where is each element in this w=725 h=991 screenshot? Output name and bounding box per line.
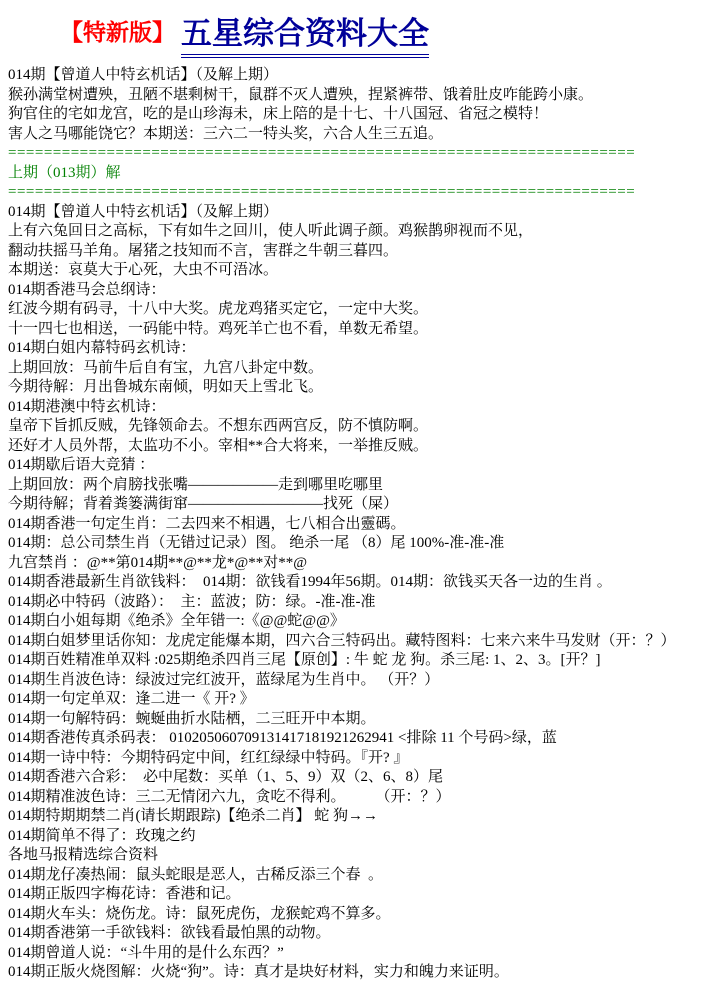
text-line: 还好才人员外帮，太监功不小。宰相**合大将来，一举推反贼。 [8,437,717,457]
text-line: 上期回放：两个肩膀找张嘴——————走到哪里吃哪里 [8,476,717,496]
text-line: 十一四七也相送，一码能中特。鸡死羊亡也不看，单数无希望。 [8,320,717,340]
text-line: 014期【曾道人中特玄机话】（及解上期） [8,203,717,223]
text-line: 九宫禁肖 ：@**第014期**@**龙*@**对**@ [8,554,717,574]
text-line: 014期一句定单双：逢二进一《 开? 》 [8,690,717,710]
separator-line: ========================================… [8,183,717,203]
text-line: 猴孙满堂树遭殃，丑陋不堪剩树干，鼠群不灭人遭殃，捏紧裤带、饿着肚皮咋能跨小康。 [8,86,717,106]
text-line: 014期曾道人说：“斗牛用的是什么东西？” [8,944,717,964]
section-heading: 上期（013期）解 [8,164,717,184]
text-line: 今期待解；背着粪篓满街窜—————————找死（屎） [8,495,717,515]
text-line: 014期必中特码（波路）： 主：蓝波；防：绿。-准-准-准 [8,593,717,613]
edition-badge: 【特新版】 [60,20,175,45]
text-line: 本期送：哀莫大于心死，大虫不可浯冰。 [8,261,717,281]
text-line: 014期香港马会总纲诗： [8,281,717,301]
text-line: 014期白姐内幕特码玄机诗： [8,339,717,359]
text-line: 014期香港最新生肖欲钱料： 014期：欲钱看1994年56期。014期：欲钱买… [8,573,717,593]
text-line: 014期百姓精准单双料 :025期绝杀四肖三尾【原创】: 牛 蛇 龙 狗。杀三尾… [8,651,717,671]
text-line: 014期香港传真杀码表： 010205060709131417181921262… [8,729,717,749]
text-line: 014期歇后语大竞猜 ： [8,456,717,476]
text-line: 各地马报精选综合资料 [8,846,717,866]
text-line: 014期一诗中特：今期特码定中间，红红绿绿中特码。『开? 』 [8,749,717,769]
text-line: 014期正版火烧图解：火烧“狗”。诗：真才是块好材料，实力和魄力来证明。 [8,963,717,983]
text-line: 014期一句解特码：蜿蜒曲折水陆栖，二三旺开中本期。 [8,710,717,730]
text-line: 害人之马哪能饶它？本期送：三六二一特头奖，六合人生三五追。 [8,125,717,145]
text-line: 014期正版四字梅花诗：香港和记。 [8,885,717,905]
page-header: 【特新版】五星综合资料大全 [60,8,717,58]
text-line: 今期待解：月出鲁城东南倾，明如天上雪北飞。 [8,378,717,398]
text-line: 014期香港第一手欲钱料：欲钱看最怕黑的动物。 [8,924,717,944]
text-line: 014期港澳中特玄机诗： [8,398,717,418]
text-line: 014期【曾道人中特玄机话】（及解上期） [8,66,717,86]
content: 014期【曾道人中特玄机话】（及解上期）猴孙满堂树遭殃，丑陋不堪剩树干，鼠群不灭… [8,66,717,983]
text-line: 狗官住的宅如龙宫，吃的是山珍海未，床上陪的是十七、十八国冠、省冠之模特！ [8,105,717,125]
text-line: 014期香港六合彩： 必中尾数：买单（1、5、9）双（2、6、8）尾 [8,768,717,788]
text-line: 014期：总公司禁生肖（无错过记录）图。 绝杀一尾 （8）尾 100%-准-准-… [8,534,717,554]
text-line: 上期回放：马前牛后自有宝，九宫八卦定中数。 [8,359,717,379]
text-line: 翻动扶摇马羊角。屠猪之技知而不言，害群之牛朝三暮四。 [8,242,717,262]
text-line: 014期白小姐每期《绝杀》全年错一:《@@蛇@@》 [8,612,717,632]
text-line: 皇帝下旨抓反贼，先锋领命去。不想东西两宫反，防不慎防啊。 [8,417,717,437]
text-line: 014期生肖波色诗：绿波过完红波开，蓝绿尾为生肖中。 （开？） [8,671,717,691]
text-line: 上有六兔回日之高标，下有如牛之回川，使人听此调子颜。鸡猴鹊卵视而不见， [8,222,717,242]
separator-line: ========================================… [8,144,717,164]
text-line: 红波今期有码寻，十八中大奖。虎龙鸡猪买定它，一定中大奖。 [8,300,717,320]
text-line: 014期白姐梦里话你知：龙虎定能爆本期，四六合三特码出。藏特图料：七来六来牛马发… [8,632,717,652]
text-line: 014期精准波色诗：三二无情闭六九，贪吃不得利。 （开：？） [8,788,717,808]
text-line: 014期特期期禁二肖(请长期跟踪)【绝杀二肖】 蛇 狗→→ [8,807,717,827]
text-line: 014期火车头：烧伤龙。诗：鼠死虎伤，龙猴蛇鸡不算多。 [8,905,717,925]
page: 【特新版】五星综合资料大全 014期【曾道人中特玄机话】（及解上期）猴孙满堂树遭… [0,0,725,991]
text-line: 014期香港一句定生肖：二去四来不相遇，七八相合出靈碼。 [8,515,717,535]
text-line: 014期简单不得了：玫瑰之约 [8,827,717,847]
page-title[interactable]: 五星综合资料大全 [181,8,429,58]
text-line: 014期龙仔凑热闹：鼠头蛇眼是恶人，古稀反添三个春 。 [8,866,717,886]
